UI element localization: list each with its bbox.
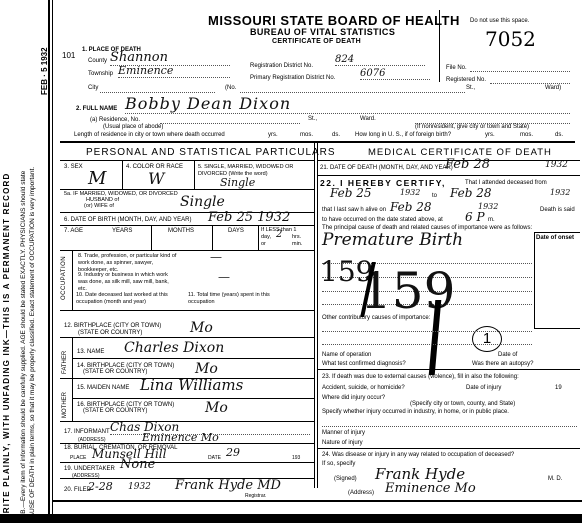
age-months-divider <box>212 225 213 250</box>
street-field[interactable] <box>240 91 465 93</box>
row-rule-occupation-related <box>318 448 580 449</box>
township-field[interactable]: Eminence <box>118 64 230 78</box>
length-yrs: yrs. <box>268 132 278 139</box>
full-name-field[interactable]: Bobby Dean Dixon <box>125 94 570 114</box>
column-divider <box>314 143 315 488</box>
margin-note-instructions-1: N. B.—Every item of information should b… <box>20 171 27 522</box>
left-border-inner <box>52 0 53 523</box>
physician-address-field[interactable]: Eminence Mo <box>385 481 476 496</box>
bottom-rule <box>52 500 582 502</box>
father-name-label: 13. NAME <box>77 349 104 356</box>
accident-label: Accident, suicide, or homicide? <box>322 385 405 392</box>
hours-field[interactable]: 2 <box>276 229 282 240</box>
st-label: St., <box>466 85 475 92</box>
death-said-label: Death is said <box>540 207 575 214</box>
margin-note-instructions-2: CAUSE OF DEATH in plain terms, so that i… <box>29 167 36 522</box>
injury-date-label: Date of injury <box>466 385 501 392</box>
birthplace-sub-label: (STATE OR COUNTRY) <box>78 330 142 337</box>
sex-race-divider <box>122 161 123 189</box>
dob-label: 6. DATE OF BIRTH (MONTH, DAY, AND YEAR) <box>64 217 191 224</box>
industry-field[interactable]: — <box>218 270 230 284</box>
header-certificate-type: CERTIFICATE OF DEATH <box>272 38 361 45</box>
margin-note-permanent-record: WRITE PLAINLY, WITH UNFADING INK—THIS IS… <box>2 173 11 522</box>
date-of-onset-label: Date of onset <box>536 235 574 242</box>
city-label: City <box>88 85 98 92</box>
length-ds: ds. <box>332 132 340 139</box>
physician-address-label: (Address) <box>348 490 374 497</box>
margin-number: 101 <box>62 52 75 59</box>
foreign-birth-label: How long in U. S., if of foreign birth? <box>355 132 451 139</box>
mother-name-label: 15. MAIDEN NAME <box>77 385 129 392</box>
hrs-label: hrs. <box>292 234 301 241</box>
left-border <box>48 0 50 523</box>
father-birthplace-sub: (STATE OR COUNTRY) <box>83 369 147 376</box>
m-label: m. <box>488 217 495 224</box>
foreign-ds: ds. <box>555 132 563 139</box>
row-rule-spouse <box>60 189 314 190</box>
operation-date-label: Date of <box>498 352 517 359</box>
where-injury-sub: (Specify city or town, county, and State… <box>410 401 515 408</box>
primary-reg-label: Primary Registration District No. <box>250 75 335 82</box>
burial-date-field[interactable]: 29 <box>226 446 240 459</box>
attended-to-field[interactable]: Feb 28 <box>450 186 492 200</box>
residence-field[interactable] <box>160 122 300 124</box>
burial-date-label: DATE <box>208 455 221 462</box>
age-years-divider <box>151 225 152 250</box>
last-saw-label: that I last saw h alive on <box>322 207 386 214</box>
other-causes-line-2[interactable] <box>322 343 532 345</box>
column-divider-inner <box>317 143 318 488</box>
related-occupation-label: 24. Was disease or injury in any way rel… <box>322 452 514 459</box>
personal-section-title: PERSONAL AND STATISTICAL PARTICULARS <box>86 147 336 158</box>
certificate-number: 7052 <box>485 27 536 51</box>
signed-label: (Signed) <box>334 476 357 483</box>
residence-sub-label: (Usual place of abode) <box>103 124 163 131</box>
do-not-use-label: Do not use this space. <box>470 18 529 25</box>
residence-ward-label: Ward. <box>360 116 376 123</box>
row-rule-undertaker <box>60 462 314 463</box>
header-subtitle: BUREAU OF VITAL STATISTICS <box>250 27 395 37</box>
occupation-side-label: OCCUPATION <box>61 256 68 300</box>
birthplace-field[interactable]: Mo <box>190 320 213 336</box>
burial-place-label: PLACE <box>70 455 86 462</box>
father-side-label: FATHER <box>62 351 69 374</box>
ward-label: Ward) <box>545 85 561 92</box>
total-time-label: 11. Total time (years) spent in this occ… <box>188 292 288 306</box>
foreign-mos: mos. <box>520 132 533 139</box>
age-years-label: YEARS <box>112 228 132 235</box>
mother-name-field[interactable]: Lina Williams <box>140 376 243 394</box>
or-label: or <box>261 241 266 248</box>
time-of-death-field[interactable]: 6 P <box>465 210 485 224</box>
specify-injury-label: Specify whether injury occurred in indus… <box>322 409 509 416</box>
age-days-divider <box>258 225 259 250</box>
last-saw-field[interactable]: Feb 28 <box>390 200 432 214</box>
header-title: MISSOURI STATE BOARD OF HEALTH <box>208 13 460 28</box>
undertaker-field[interactable]: None <box>120 457 155 472</box>
registered-no-label: Registered No. <box>446 77 486 84</box>
sex-field[interactable]: M <box>88 168 106 189</box>
header-divider <box>439 10 440 82</box>
cause-of-death-field[interactable]: Premature Birth <box>322 230 463 250</box>
min-label: min. <box>292 241 302 248</box>
row-rule-certify <box>318 175 580 176</box>
dod-year-field[interactable]: 1932 <box>545 160 568 170</box>
row-rule-burial <box>60 443 314 444</box>
scan-bottom-edge <box>0 514 582 523</box>
onset-column-top <box>534 232 580 233</box>
external-causes-label: 23. If death was due to external causes … <box>322 374 519 381</box>
registered-no-field[interactable] <box>490 82 570 84</box>
onset-column-divider <box>534 232 535 328</box>
onset-column-bottom <box>534 328 580 329</box>
race-field[interactable]: W <box>148 169 164 188</box>
attended-from-year[interactable]: 1932 <box>400 188 420 197</box>
specify-injury-field[interactable] <box>322 425 577 427</box>
age-months-label: MONTHS <box>168 228 194 235</box>
city-field[interactable] <box>100 91 215 93</box>
primary-reg-field[interactable]: 6076 <box>360 68 430 80</box>
birthplace-label: 12. BIRTHPLACE (CITY OR TOWN) <box>64 323 161 330</box>
marital-field[interactable]: Single <box>220 176 255 189</box>
spouse-field[interactable]: Single <box>180 194 225 210</box>
burial-year-suffix: 193 <box>292 455 300 462</box>
row-rule-mother-bp <box>72 398 314 399</box>
where-injury-label: Where did injury occur? <box>322 395 385 402</box>
diagnosis-label: What test confirmed diagnosis? <box>322 361 406 368</box>
sex-label: 3. SEX <box>64 164 83 171</box>
registrar-label: Registrar. <box>245 493 266 500</box>
dod-field[interactable]: Feb 28 <box>445 157 490 172</box>
personal-title-rule <box>60 160 314 161</box>
attended-from-field[interactable]: Feb 25 <box>330 186 372 200</box>
race-marital-divider <box>194 161 195 189</box>
cause-code-large: 159 <box>360 262 455 320</box>
mother-birthplace-sub: (STATE OR COUNTRY) <box>83 408 147 415</box>
residence-label: (a) Residence, No. <box>90 117 140 124</box>
father-birthplace-field[interactable]: Mo <box>195 361 218 377</box>
nature-injury-label: Nature of injury <box>322 440 363 447</box>
file-no-field[interactable] <box>470 70 570 72</box>
autopsy-label: Was there an autopsy? <box>472 361 533 368</box>
dob-field[interactable]: Feb 25 1932 <box>208 210 290 225</box>
row-rule-occupation <box>60 250 314 251</box>
injury-year-label: 19 <box>555 385 562 392</box>
foreign-yrs: yrs. <box>485 132 495 139</box>
filed-label: 20. FILED <box>64 487 91 494</box>
filed-date-field[interactable]: 2-28 <box>88 480 113 493</box>
spouse-label-3: (or) WIFE of <box>84 203 114 210</box>
reg-district-label: Registration District No. <box>250 63 313 70</box>
row-rule-external <box>318 369 580 370</box>
spouse-label-1: 5a. IF MARRIED, WIDOWED, OR DIVORCED <box>64 191 178 198</box>
registrar-signature[interactable]: Frank Hyde MD <box>175 478 281 493</box>
mother-birthplace-field[interactable]: Mo <box>205 400 228 416</box>
residence-st-label: St., <box>308 116 317 123</box>
row-rule-birthplace <box>60 310 314 311</box>
operation-label: Name of operation <box>322 352 371 359</box>
less-than-day-day: day, <box>261 234 271 241</box>
md-label: M. D. <box>548 476 562 483</box>
no-label: (No. <box>225 85 236 92</box>
last-worked-label: 10. Date deceased last worked at this oc… <box>76 292 186 306</box>
attended-to-year[interactable]: 1932 <box>550 188 570 197</box>
informant-label: 17. INFORMANT <box>64 429 110 436</box>
age-label: 7. AGE <box>64 228 83 235</box>
to-label: to <box>432 193 437 200</box>
nonresident-note: (If nonresident, give city or town and S… <box>415 124 529 131</box>
row-rule-father-bp <box>72 358 314 359</box>
row-rule-age <box>60 225 314 226</box>
reg-district-field[interactable]: 824 <box>335 54 425 66</box>
filed-year-field[interactable]: 1932 <box>128 482 151 492</box>
father-name-field[interactable]: Charles Dixon <box>124 340 224 356</box>
length-mos: mos. <box>300 132 313 139</box>
county-label: County <box>88 58 107 65</box>
other-causes-label: Other contributory causes of importance: <box>322 315 430 322</box>
trade-field[interactable]: — <box>210 250 222 264</box>
occurred-label: to have occurred on the date stated abov… <box>322 217 443 224</box>
file-no-label: File No. <box>446 65 467 72</box>
other-causes-line-1[interactable] <box>322 330 532 332</box>
dod-label: 21. DATE OF DEATH (MONTH, DAY, AND YEAR) <box>320 165 453 172</box>
undertaker-label: 19. UNDERTAKER <box>64 466 115 473</box>
mother-side-label: MOTHER <box>62 392 69 418</box>
if-so-label: If so, specify <box>322 461 355 468</box>
industry-label: 9. Industry or business in which work wa… <box>78 272 178 293</box>
trade-label: 8. Trade, profession, or particular kind… <box>78 253 178 274</box>
row-rule-father <box>60 337 314 338</box>
township-label: Township <box>88 71 113 78</box>
parents-side-divider <box>72 337 73 421</box>
manner-injury-label: Manner of injury <box>322 430 365 437</box>
age-days-label: DAYS <box>228 228 244 235</box>
length-residence-label: Length of residence in city or town wher… <box>74 132 225 139</box>
occupation-side-divider <box>72 250 73 310</box>
full-name-label: 2. FULL NAME <box>76 106 117 113</box>
